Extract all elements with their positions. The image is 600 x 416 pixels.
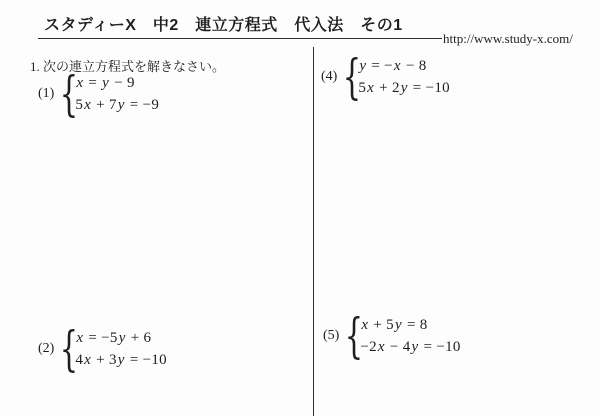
problem-1-equation-1: x = y − 9 xyxy=(75,72,159,94)
problem-4: (4) { y = −x − 8 5x + 2y = −10 xyxy=(321,53,450,101)
problem-2-equation-2: 4x + 3y = −10 xyxy=(75,349,167,371)
problem-5-equations: x + 5y = 8 −2x − 4y = −10 xyxy=(360,314,460,358)
site-url: http://www.study-x.com/ xyxy=(443,31,573,47)
problem-1-equations: x = y − 9 5x + 7y = −9 xyxy=(75,72,159,116)
problem-2-equation-1: x = −5y + 6 xyxy=(75,327,167,349)
problem-5-label: (5) xyxy=(323,328,339,344)
page-title: スタディーX 中2 連立方程式 代入法 その1 xyxy=(44,12,403,35)
problem-2-label: (2) xyxy=(38,341,54,357)
header-rule xyxy=(38,38,442,39)
problem-5-equation-1: x + 5y = 8 xyxy=(360,314,460,336)
problem-1: (1) { x = y − 9 5x + 7y = −9 xyxy=(38,70,159,118)
worksheet-page: スタディーX 中2 連立方程式 代入法 その1 http://www.study… xyxy=(0,0,600,416)
problem-4-label: (4) xyxy=(321,69,337,85)
problem-4-equations: y = −x − 8 5x + 2y = −10 xyxy=(358,55,450,99)
problem-1-label: (1) xyxy=(38,86,54,102)
problem-4-equation-2: 5x + 2y = −10 xyxy=(358,77,450,99)
left-brace: { xyxy=(345,312,353,360)
problem-2: (2) { x = −5y + 6 4x + 3y = −10 xyxy=(38,325,167,373)
left-brace: { xyxy=(343,53,351,101)
column-divider xyxy=(313,47,314,416)
problem-5-equation-2: −2x − 4y = −10 xyxy=(360,336,460,358)
left-brace: { xyxy=(60,325,68,373)
problem-1-equation-2: 5x + 7y = −9 xyxy=(75,94,159,116)
problem-4-equation-1: y = −x − 8 xyxy=(358,55,450,77)
problem-2-equations: x = −5y + 6 4x + 3y = −10 xyxy=(75,327,167,371)
left-brace: { xyxy=(60,70,68,118)
problem-5: (5) { x + 5y = 8 −2x − 4y = −10 xyxy=(323,312,461,360)
